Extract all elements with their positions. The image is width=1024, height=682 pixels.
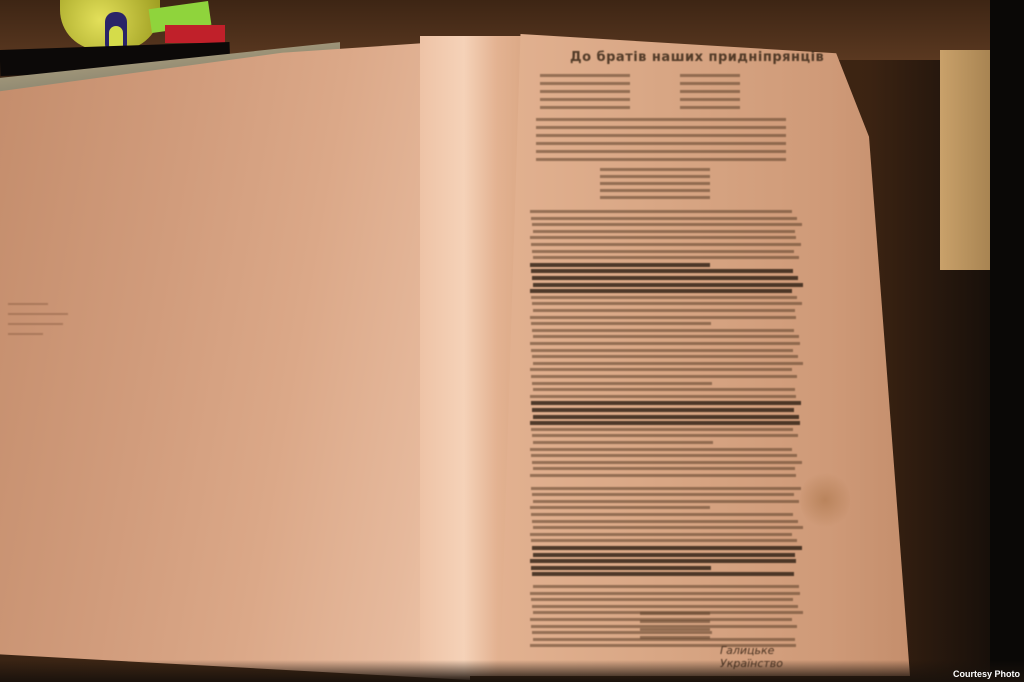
red-object — [165, 25, 225, 43]
text-line — [536, 126, 786, 129]
text-line — [532, 434, 798, 437]
text-line — [530, 236, 796, 239]
leaflet-title: До братів наших придніпрянців — [570, 50, 824, 65]
text-line — [530, 506, 710, 509]
text-line — [530, 592, 800, 595]
text-line — [680, 106, 740, 109]
text-line — [533, 362, 803, 365]
shadow-edge — [990, 0, 1024, 682]
text-line — [531, 487, 801, 490]
text-line — [532, 250, 794, 253]
text-line — [532, 223, 802, 226]
text-line — [533, 553, 795, 557]
text-line — [532, 382, 712, 385]
text-line — [533, 500, 799, 503]
text-line — [640, 612, 710, 615]
text-line — [600, 168, 710, 171]
text-line — [536, 150, 786, 153]
text-line — [532, 572, 794, 576]
text-line — [533, 230, 795, 233]
text-line — [540, 90, 630, 93]
text-line — [600, 189, 710, 192]
text-line — [530, 395, 796, 398]
text-line — [530, 533, 792, 536]
text-line — [531, 349, 793, 352]
text-line — [530, 210, 792, 213]
text-line — [530, 263, 710, 267]
text-line — [533, 283, 803, 287]
text-line — [530, 342, 800, 345]
text-line — [680, 74, 740, 77]
text-line — [532, 461, 802, 464]
photo-caption: Courtesy Photo — [953, 669, 1020, 679]
text-line — [640, 636, 710, 639]
text-line — [640, 628, 710, 631]
text-line — [531, 598, 793, 601]
text-line — [533, 467, 795, 470]
left-page — [0, 40, 470, 680]
text-line — [536, 158, 786, 161]
text-line — [536, 118, 786, 121]
text-line — [531, 401, 801, 405]
text-line — [600, 182, 710, 185]
text-line — [530, 289, 792, 293]
text-line — [532, 493, 794, 496]
text-line — [531, 428, 793, 431]
text-line — [532, 302, 802, 305]
text-line — [531, 539, 797, 542]
text-line — [533, 441, 713, 444]
text-line — [530, 474, 796, 477]
text-line — [533, 256, 799, 259]
text-line — [533, 415, 799, 419]
text-line — [532, 631, 712, 634]
text-line — [532, 355, 798, 358]
text-line — [531, 513, 793, 516]
text-line — [533, 526, 803, 529]
bottom-shadow — [0, 660, 1024, 682]
text-line — [531, 243, 801, 246]
text-line — [540, 106, 630, 109]
text-line — [532, 276, 798, 280]
text-line — [530, 448, 792, 451]
text-line — [531, 566, 711, 570]
text-line — [531, 454, 797, 457]
text-line — [532, 329, 794, 332]
text-line — [531, 217, 797, 220]
text-line — [531, 296, 797, 299]
text-line — [540, 82, 630, 85]
text-line — [680, 98, 740, 101]
text-line — [533, 388, 795, 391]
text-line — [531, 269, 793, 273]
text-line — [536, 142, 786, 145]
text-line — [532, 605, 798, 608]
faint-handwriting — [8, 295, 78, 345]
text-line — [680, 90, 740, 93]
text-line — [640, 620, 710, 623]
text-line — [600, 175, 710, 178]
text-line — [531, 322, 711, 325]
text-line — [680, 82, 740, 85]
text-line — [540, 98, 630, 101]
text-line — [532, 408, 794, 412]
paper-edge-right — [940, 50, 990, 270]
leaflet: До братів наших придніпрянців Галицьке У… — [530, 50, 830, 670]
text-line — [532, 546, 802, 550]
text-line — [600, 196, 710, 199]
text-line — [531, 375, 797, 378]
text-line — [533, 585, 799, 588]
text-line — [533, 335, 799, 338]
text-line — [536, 134, 786, 137]
text-line — [532, 520, 798, 523]
text-line — [530, 316, 796, 319]
paper-stain — [800, 470, 850, 530]
text-line — [530, 368, 792, 371]
text-line — [533, 309, 795, 312]
text-line — [530, 559, 796, 563]
text-line — [530, 421, 800, 425]
text-line — [540, 74, 630, 77]
